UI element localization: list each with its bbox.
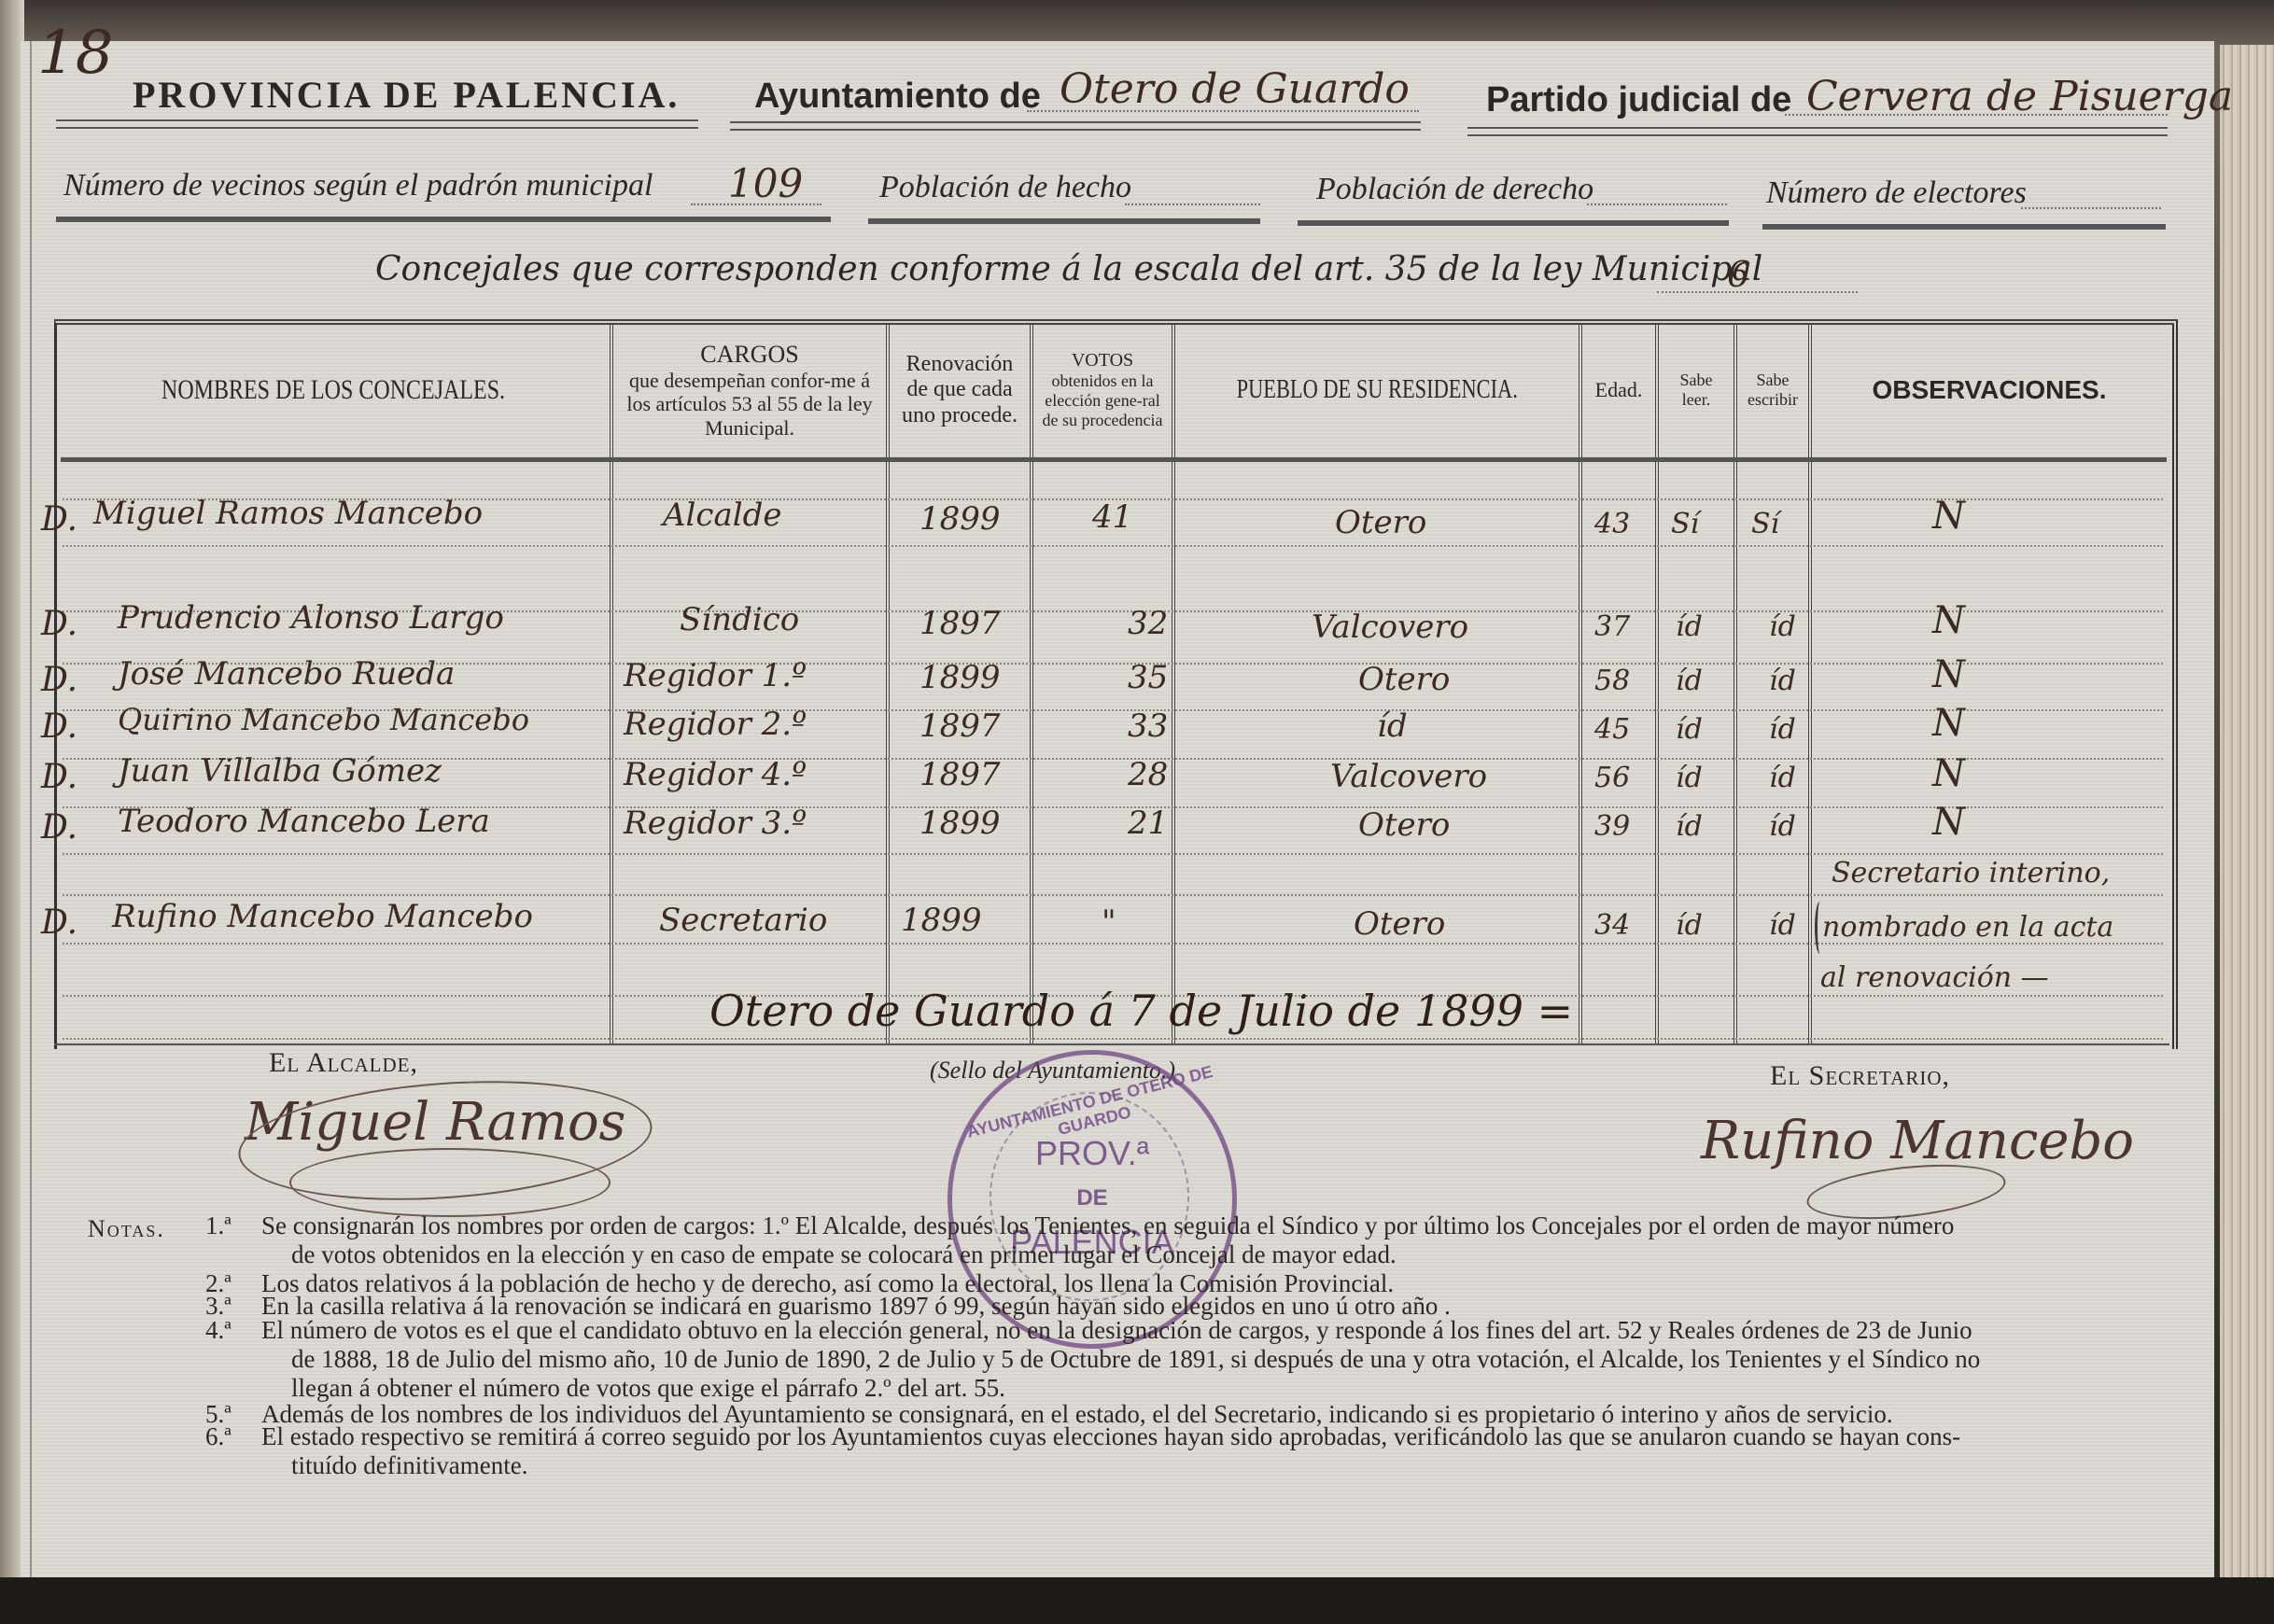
cell-cargo: Alcalde [663,497,782,534]
partido-value: Cervera de Pisuerga [1806,73,2233,120]
row-prefix: D. [41,808,77,847]
vecinos-value: 109 [728,161,803,206]
divider [56,217,831,222]
secretario-note-line-3: al renovación — [1820,961,2049,994]
cell-pueblo: Valcovero [1312,609,1468,646]
header-escribir-text: Sabe escribir [1745,371,1801,409]
note-line: El número de votos es el que el candidat… [261,1316,1972,1344]
cell-nombre: Miguel Ramos Mancebo [93,495,483,532]
cell-escribir: íd [1769,909,1796,942]
cell-pueblo: íd [1377,707,1408,745]
divider [1762,224,2166,230]
secretario-label: El Secretario, [1770,1060,1950,1092]
cell-votos: 33 [1128,707,1168,745]
cell-edad: 56 [1594,762,1630,794]
cell-leer: íd [1676,610,1703,643]
dotted-leader [2021,207,2161,209]
note-line: llegan á obtener el número de votos que … [261,1374,2194,1403]
header-pueblo-text: PUEBLO DE SU RESIDENCIA. [1236,375,1517,405]
cell-edad: 34 [1594,909,1630,942]
header-leer-text: Sabe leer. [1668,371,1724,409]
folio-number: 18 [37,19,113,88]
cell-votos: 41 [1092,498,1132,536]
dotted-leader [1125,203,1260,205]
divider [868,218,1260,224]
cell-cargo: Síndico [680,601,799,638]
poblacion-derecho-label: Población de derecho [1316,172,1593,207]
cell-escribir: íd [1769,610,1796,643]
cell-observaciones: N [1932,653,1965,696]
header-cargos: CARGOS que desempeñan confor-me á los ar… [613,325,886,455]
note-line: Se consignarán los nombres por orden de … [261,1211,1954,1239]
ayuntamiento-value: Otero de Guardo [1060,65,1410,113]
page-edges [2220,45,2274,1594]
poblacion-hecho-label: Población de hecho [879,170,1131,205]
row-prefix: D. [41,707,77,746]
header-votos-title: VOTOS [1072,350,1133,371]
row-prefix: D. [41,500,77,539]
cell-leer: íd [1676,810,1703,843]
secretario-note-line-2: nombrado en la acta [1822,911,2113,944]
cell-cargo: Regidor 3.º [624,805,807,842]
cell-nombre: Quirino Mancebo Mancebo [118,702,529,737]
cell-pueblo: Otero [1335,504,1426,541]
cell-leer: íd [1676,665,1703,697]
page-margin-rule [30,41,32,1590]
cell-nombre: José Mancebo Rueda [118,655,455,693]
row-line [63,1038,2163,1040]
cell-votos: 21 [1128,805,1168,842]
cell-pueblo: Otero [1358,806,1450,844]
row-line [63,545,2163,547]
cell-renovacion: 1897 [919,707,1001,745]
note-line: El estado respectivo se remitirá á corre… [261,1422,1960,1450]
header-renovacion-text: Renovación de que cada uno procede. [894,352,1025,429]
header-observaciones: OBSERVACIONES. [1812,325,2167,455]
cell-cargo: Regidor 4.º [624,756,807,793]
cell-observaciones: N [1932,702,1965,745]
cell-edad: 39 [1594,810,1630,843]
secretario-note-line-1: Secretario interino, [1832,857,2110,889]
header-edad: Edad. [1582,325,1655,455]
cell-edad: 43 [1594,508,1630,540]
alcalde-label: El Alcalde, [269,1047,418,1079]
note-number: 1.ª [205,1211,252,1240]
header-renovacion: Renovación de que cada uno procede. [890,325,1030,455]
header-leer: Sabe leer. [1659,325,1734,455]
divider [730,121,1421,131]
cell-nombre: Prudencio Alonso Largo [118,599,504,637]
cell-leer: Sí [1671,508,1699,540]
cell-votos: 35 [1128,659,1168,696]
header-votos: VOTOS obtenidos en la elección gene-ral … [1033,325,1172,455]
cell-renovacion: 1899 [901,902,982,939]
cell-pueblo: Otero [1354,905,1445,943]
cell-edad: 58 [1594,665,1630,697]
header-nombres-text: NOMBRES DE LOS CONCEJALES. [161,374,505,407]
cell-edad: 45 [1594,713,1630,746]
header-rule [61,457,2167,462]
cell-pueblo: Otero [1358,661,1450,698]
cell-renovacion: 1899 [919,659,1001,696]
cell-renovacion: 1897 [919,605,1001,642]
cell-observaciones: N [1932,801,1965,844]
province-title: PROVINCIA DE PALENCIA. [133,73,680,117]
note-text: Se consignarán los nombres por orden de … [261,1211,2194,1269]
cell-escribir: íd [1769,810,1796,843]
concejales-scale-label: Concejales que corresponden conforme á l… [375,250,1762,288]
cell-edad: 37 [1594,610,1630,643]
header-cargos-title: CARGOS [700,341,798,369]
header-cargos-sub: que desempeñan confor-me á los artículos… [624,369,876,440]
note-text: El número de votos es el que el candidat… [261,1316,2194,1403]
divider [56,119,698,129]
row-line [63,894,2163,896]
book-shadow [0,1577,2274,1624]
brace-mark [1815,902,1825,954]
header-escribir: Sabe escribir [1737,325,1808,455]
cell-observaciones: N [1932,495,1965,538]
cell-escribir: íd [1769,762,1796,794]
cell-leer: íd [1676,713,1703,746]
row-prefix: D. [41,903,77,942]
header-votos-sub: obtenidos en la elección gene-ral de su … [1037,371,1168,429]
dotted-leader [1657,291,1858,293]
cell-escribir: íd [1769,713,1796,746]
cell-cargo: Regidor 2.º [624,706,807,743]
note-text: El estado respectivo se remitirá á corre… [261,1422,2194,1480]
cell-cargo: Secretario [659,902,827,939]
dotted-leader [1587,203,1727,205]
row-prefix: D. [41,661,77,699]
note-number: 6.ª [205,1422,252,1451]
electores-label: Número de electores [1766,175,2027,211]
cell-pueblo: Valcovero [1330,758,1487,795]
divider [1298,220,1729,226]
note-number: 4.ª [205,1316,252,1345]
partido-label: Partido judicial de [1486,80,1791,120]
closing-place-date: Otero de Guardo á 7 de Julio de 1899 = [709,986,1573,1036]
ayuntamiento-label: Ayuntamiento de [754,77,1041,117]
cell-escribir: Sí [1751,508,1779,540]
cell-observaciones: N [1932,752,1965,795]
note-line: tituído definitivamente. [261,1451,2194,1480]
vecinos-label: Número de vecinos según el padrón munici… [63,168,653,203]
cell-nombre: Teodoro Mancebo Lera [118,803,490,840]
stamp-text-line2: DE [952,1185,1232,1211]
concejales-scale-value: 6 [1727,254,1749,295]
table-bottom-rule [54,1043,2169,1045]
cell-renovacion: 1899 [919,500,1001,538]
cell-cargo: Regidor 1.º [624,657,807,694]
cell-votos: 32 [1128,605,1168,642]
header-nombres: NOMBRES DE LOS CONCEJALES. [57,325,610,455]
header-observaciones-text: OBSERVACIONES. [1872,375,2106,405]
row-prefix: D. [41,758,77,796]
cell-observaciones: N [1932,599,1965,642]
notes-label: Notas. [88,1215,165,1243]
row-line [63,853,2163,855]
cell-escribir: íd [1769,665,1796,697]
cell-nombre: Juan Villalba Gómez [118,752,442,790]
cell-renovacion: 1899 [919,805,1001,842]
cell-votos: 28 [1128,756,1168,793]
cell-leer: íd [1676,909,1703,942]
cell-leer: íd [1676,762,1703,794]
secretario-signature: Rufino Mancebo [1701,1111,2134,1171]
cell-renovacion: 1897 [919,756,1001,793]
note-line: de 1888, 18 de Julio del mismo año, 10 d… [261,1345,2194,1374]
note-line: de votos obtenidos en la elección y en c… [261,1240,2194,1269]
cell-votos: " [1102,903,1116,941]
cell-nombre: Rufino Mancebo Mancebo [112,898,533,935]
header-pueblo: PUEBLO DE SU RESIDENCIA. [1175,325,1579,455]
row-prefix: D. [41,605,77,643]
header-edad-text: Edad. [1595,378,1643,401]
divider [1467,127,2168,136]
